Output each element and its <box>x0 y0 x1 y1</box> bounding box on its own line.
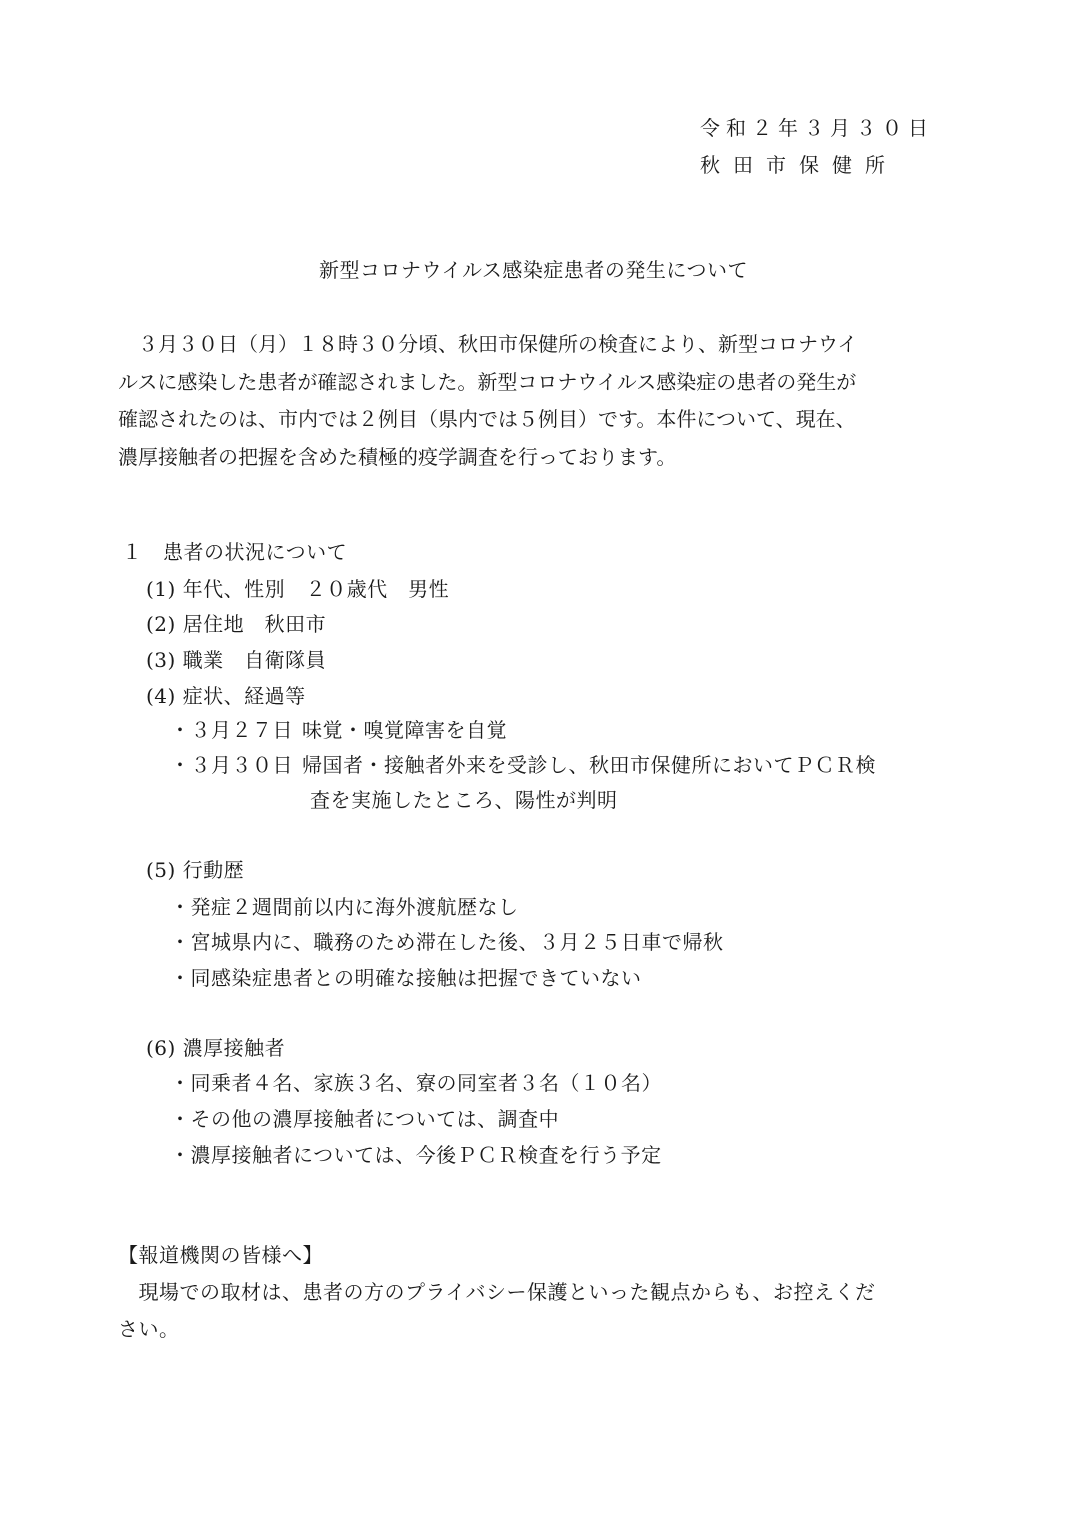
item-symptoms-heading: (4) 症状、経過等 <box>146 684 306 708</box>
contacts-item: ・同乗者４名、家族３名、寮の同室者３名（１０名） <box>170 1071 662 1095</box>
symptom-entry: ・３月２７日味覚・嗅覚障害を自覚 <box>170 718 507 742</box>
document-title: 新型コロナウイルス感染症患者の発生について <box>0 258 1067 282</box>
item-history-heading: (5) 行動歴 <box>146 858 244 882</box>
intro-line: ルスに感染した患者が確認されました。新型コロナウイルス感染症の患者の発生が <box>118 364 948 402</box>
history-item: ・同感染症患者との明確な接触は把握できていない <box>170 966 642 990</box>
issue-date: 令和２年３月３０日 <box>700 116 934 140</box>
history-item: ・発症２週間前以内に海外渡航歴なし <box>170 895 519 919</box>
symptom-date: ・３月２７日 <box>170 718 302 742</box>
intro-line: 確認されたのは、市内では２例目（県内では５例目）です。本件について、現在、 <box>118 401 948 439</box>
symptom-text: 帰国者・接触者外来を受診し、秋田市保健所においてＰＣＲ検 <box>302 753 876 777</box>
symptom-text: 味覚・嗅覚障害を自覚 <box>302 718 507 742</box>
press-line: 現場での取材は、患者の方のプライバシー保護といった観点からも、お控えくだ <box>118 1280 876 1304</box>
contacts-item: ・その他の濃厚接触者については、調査中 <box>170 1107 559 1131</box>
issuing-organization: 秋田市保健所 <box>700 153 898 177</box>
symptom-date: ・３月３０日 <box>170 753 302 777</box>
item-contacts-heading: (6) 濃厚接触者 <box>146 1036 285 1060</box>
contacts-item: ・濃厚接触者については、今後ＰＣＲ検査を行う予定 <box>170 1143 662 1167</box>
symptom-text-continued: 査を実施したところ、陽性が判明 <box>310 788 618 812</box>
intro-paragraph: ３月３０日（月）１８時３０分頃、秋田市保健所の検査により、新型コロナウイ ルスに… <box>118 326 948 476</box>
symptom-entry: ・３月３０日帰国者・接触者外来を受診し、秋田市保健所においてＰＣＲ検 <box>170 753 876 777</box>
press-line: さい。 <box>118 1317 180 1341</box>
item-occupation: (3) 職業 自衛隊員 <box>146 648 326 672</box>
section-heading: １ 患者の状況について <box>122 540 347 564</box>
intro-line: ３月３０日（月）１８時３０分頃、秋田市保健所の検査により、新型コロナウイ <box>118 326 948 364</box>
history-item: ・宮城県内に、職務のため滞在した後、３月２５日車で帰秋 <box>170 930 724 954</box>
intro-line: 濃厚接触者の把握を含めた積極的疫学調査を行っております。 <box>118 439 948 477</box>
item-residence: (2) 居住地 秋田市 <box>146 612 326 636</box>
press-heading: 【報道機関の皆様へ】 <box>118 1243 323 1267</box>
item-age-sex: (1) 年代、性別 ２０歳代 男性 <box>146 577 449 601</box>
